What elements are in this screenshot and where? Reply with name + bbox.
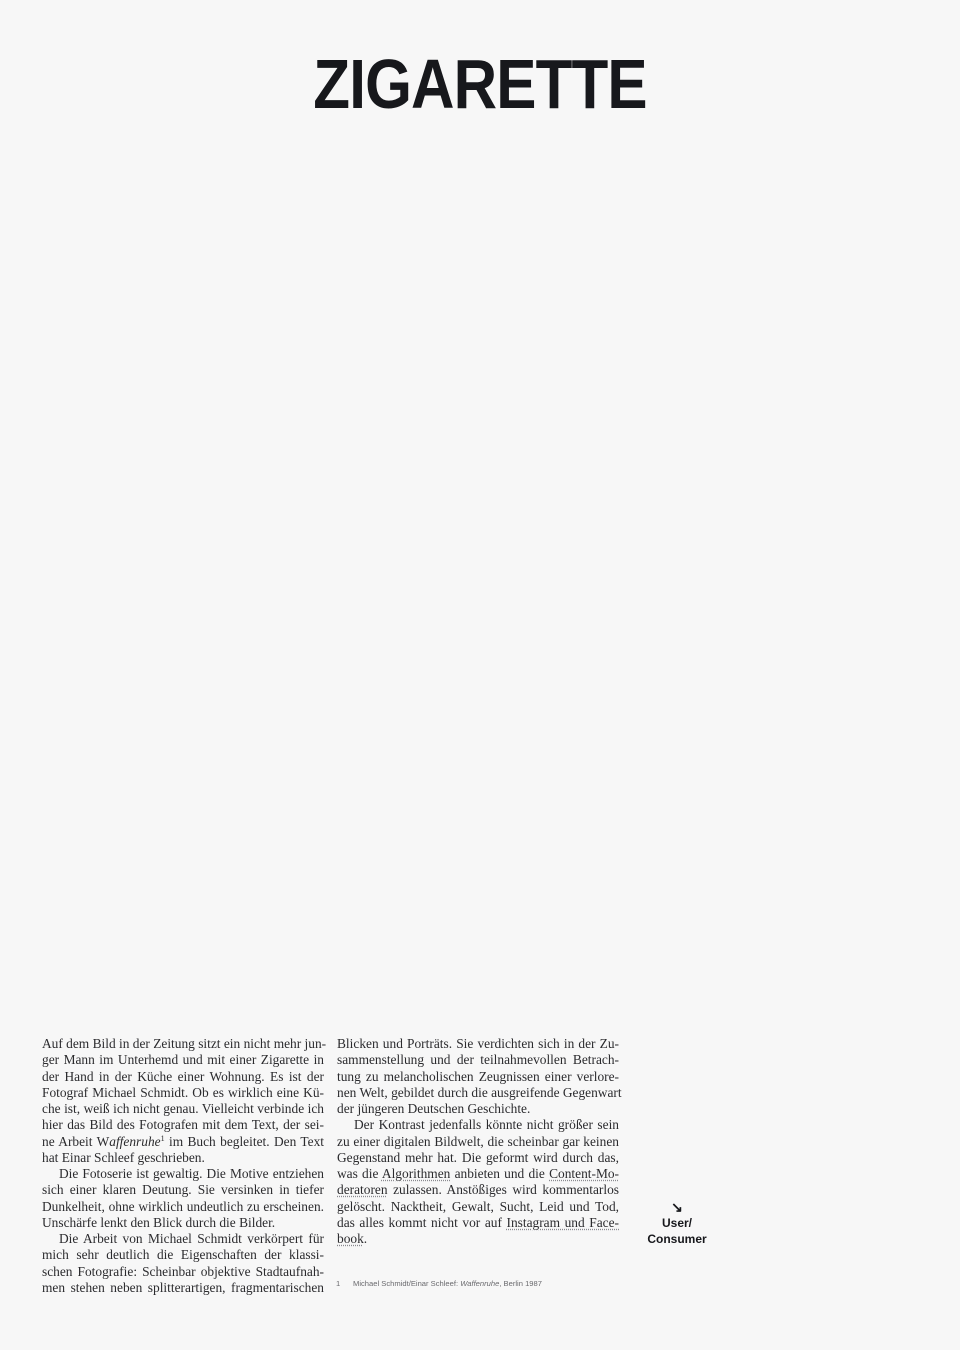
text-fragment: anbieten und die <box>450 1166 549 1181</box>
text-fragment: was die <box>337 1166 382 1181</box>
text-line: sammenstellung und der teilnahmevollen B… <box>337 1052 619 1068</box>
text-line: gelöscht. Nacktheit, Gewalt, Sucht, Leid… <box>337 1199 619 1215</box>
text-fragment: Michael Schmidt/Einar Schleef: <box>353 1279 460 1288</box>
text-line: der jüngeren Deutschen Geschichte. <box>337 1101 619 1117</box>
link-instagram-facebook-cont[interactable]: book <box>337 1231 364 1246</box>
text-line: der Hand in der Küche einer Wohnung. Es … <box>42 1069 324 1085</box>
text-line: tung zu melancholischen Zeugnissen einer… <box>337 1069 619 1085</box>
user-consumer-link[interactable]: ↘ User/ Consumer <box>640 1199 714 1247</box>
book-title-italic: Waffenruhe <box>460 1279 499 1288</box>
arrow-down-right-icon: ↘ <box>640 1199 714 1215</box>
text-line: Die Fotoserie ist gewaltig. Die Motive e… <box>42 1166 324 1182</box>
text-fragment: . <box>364 1231 367 1246</box>
article-column-2: Blicken und Porträts. Sie verdichten sic… <box>337 1036 619 1247</box>
footnote: 1 Michael Schmidt/Einar Schleef: Waffenr… <box>336 1279 542 1288</box>
text-line: Die Arbeit von Michael Schmidt verkörper… <box>42 1231 324 1247</box>
text-line: zu einer digitalen Bildwelt, die scheinb… <box>337 1134 619 1150</box>
link-content-moderatoren-cont[interactable]: deratoren <box>337 1182 388 1197</box>
side-note-line-1: User/ <box>640 1215 714 1231</box>
text-line: schen Fotografie: Scheinbar objektive St… <box>42 1264 324 1280</box>
text-line: Auf dem Bild in der Zeitung sitzt ein ni… <box>42 1036 324 1052</box>
text-fragment: das alles kommt nicht vor auf <box>337 1215 507 1230</box>
text-fragment: zulassen. Anstößiges wird kommentarlos <box>388 1182 619 1197</box>
link-content-moderatoren[interactable]: Content-Mo- <box>549 1166 619 1181</box>
text-line: hat Einar Schleef geschrieben. <box>42 1150 324 1166</box>
text-line: men stehen neben splitterartigen, fragme… <box>42 1280 324 1296</box>
text-line: Blicken und Porträts. Sie verdichten sic… <box>337 1036 619 1052</box>
text-line: hier das Bild des Fotografen mit dem Tex… <box>42 1117 324 1133</box>
text-line: was die Algorithmen anbieten und die Con… <box>337 1166 619 1182</box>
text-line: Unschärfe lenkt den Blick durch die Bild… <box>42 1215 324 1231</box>
footnote-number: 1 <box>336 1279 353 1288</box>
text-line: Der Kontrast jedenfalls könnte nicht grö… <box>337 1117 619 1133</box>
text-line: Fotograf Michael Schmidt. Ob es wirklich… <box>42 1085 324 1101</box>
text-line: sich einer klaren Deutung. Sie versinken… <box>42 1182 324 1198</box>
footnote-text: Michael Schmidt/Einar Schleef: Waffenruh… <box>353 1279 542 1288</box>
text-line: mich sehr deutlich die Eigenschaften der… <box>42 1247 324 1263</box>
text-fragment: ne Arbeit W <box>42 1134 109 1149</box>
text-line: che ist, weiß ich nicht genau. Vielleich… <box>42 1101 324 1117</box>
text-line: Dunkelheit, ohne wirklich undeutlich zu … <box>42 1199 324 1215</box>
book-title-italic: affenruhe <box>109 1134 160 1149</box>
text-line: Gegenstand mehr hat. Die geformt wird du… <box>337 1150 619 1166</box>
article-column-1: Auf dem Bild in der Zeitung sitzt ein ni… <box>42 1036 324 1296</box>
text-line: nen Welt, gebildet durch die ausgreifend… <box>337 1085 619 1101</box>
text-fragment: im Buch begleitet. Den Text <box>165 1134 324 1149</box>
link-algorithmen[interactable]: Algorithmen <box>382 1166 450 1181</box>
text-line: deratoren zulassen. Anstößiges wird komm… <box>337 1182 619 1198</box>
text-line: ne Arbeit Waffenruhe1 im Buch begleitet.… <box>42 1134 324 1150</box>
side-note-line-2: Consumer <box>640 1231 714 1247</box>
text-line: das alles kommt nicht vor auf Instagram … <box>337 1215 619 1231</box>
link-instagram-facebook[interactable]: Instagram und Face- <box>507 1215 620 1230</box>
page-title: ZIGARETTE <box>67 44 893 124</box>
text-fragment: , Berlin 1987 <box>499 1279 542 1288</box>
text-line: book. <box>337 1231 619 1247</box>
text-line: ger Mann im Unterhemd und mit einer Ziga… <box>42 1052 324 1068</box>
